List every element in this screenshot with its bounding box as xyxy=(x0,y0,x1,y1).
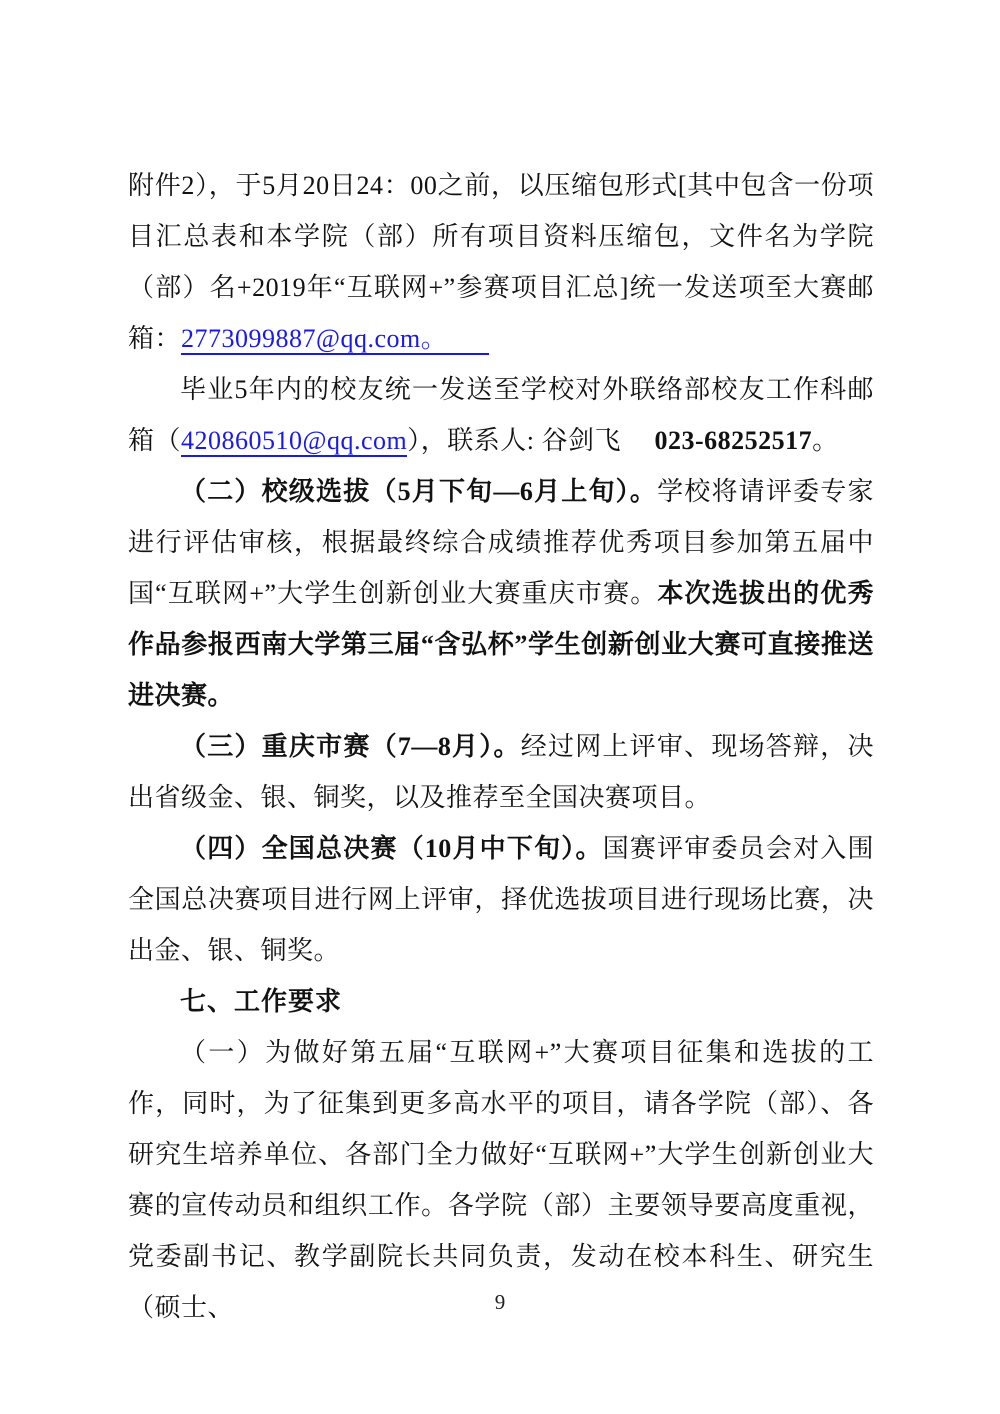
section-heading-work-requirements: 七、工作要求 xyxy=(180,986,342,1016)
paragraph: 毕业5年内的校友统一发送至学校对外联络部校友工作科邮箱（420860510@qq… xyxy=(128,364,874,466)
text-segment: 。 xyxy=(812,426,839,455)
alumni-email-link[interactable]: 420860510@qq.com xyxy=(181,426,407,457)
document-page: 附件2），于5月20日24：00之前，以压缩包形式[其中包含一份项目汇总表和本学… xyxy=(0,0,1000,1414)
stage-heading-school-selection: （二）校级选拔（5月下旬—6月上旬）。 xyxy=(180,477,657,506)
paragraph: （三）重庆市赛（7—8月）。经过网上评审、现场答辩，决出省级金、银、铜奖，以及推… xyxy=(128,721,874,823)
page-number: 9 xyxy=(0,1290,1000,1315)
competition-email-link[interactable]: 2773099887@qq.com。 xyxy=(181,324,489,355)
paragraph: （一）为做好第五届“互联网+”大赛项目征集和选拔的工作，同时，为了征集到更多高水… xyxy=(128,1027,874,1333)
paragraph: （二）校级选拔（5月下旬—6月上旬）。学校将请评委专家进行评估审核，根据最终综合… xyxy=(128,466,874,721)
contact-phone: 023-68252517 xyxy=(654,426,812,455)
document-content: 附件2），于5月20日24：00之前，以压缩包形式[其中包含一份项目汇总表和本学… xyxy=(128,160,874,1333)
stage-heading-chongqing-contest: （三）重庆市赛（7—8月）。 xyxy=(180,732,521,761)
paragraph: 附件2），于5月20日24：00之前，以压缩包形式[其中包含一份项目汇总表和本学… xyxy=(128,160,874,364)
text-segment: ），联系人: 谷剑飞 xyxy=(407,426,654,455)
paragraph: 七、工作要求 xyxy=(128,976,874,1027)
text-segment: （一）为做好第五届“互联网+”大赛项目征集和选拔的工作，同时，为了征集到更多高水… xyxy=(128,1038,874,1322)
paragraph: （四）全国总决赛（10月中下旬）。国赛评审委员会对入围全国总决赛项目进行网上评审… xyxy=(128,823,874,976)
stage-heading-national-final: （四）全国总决赛（10月中下旬）。 xyxy=(180,834,603,863)
